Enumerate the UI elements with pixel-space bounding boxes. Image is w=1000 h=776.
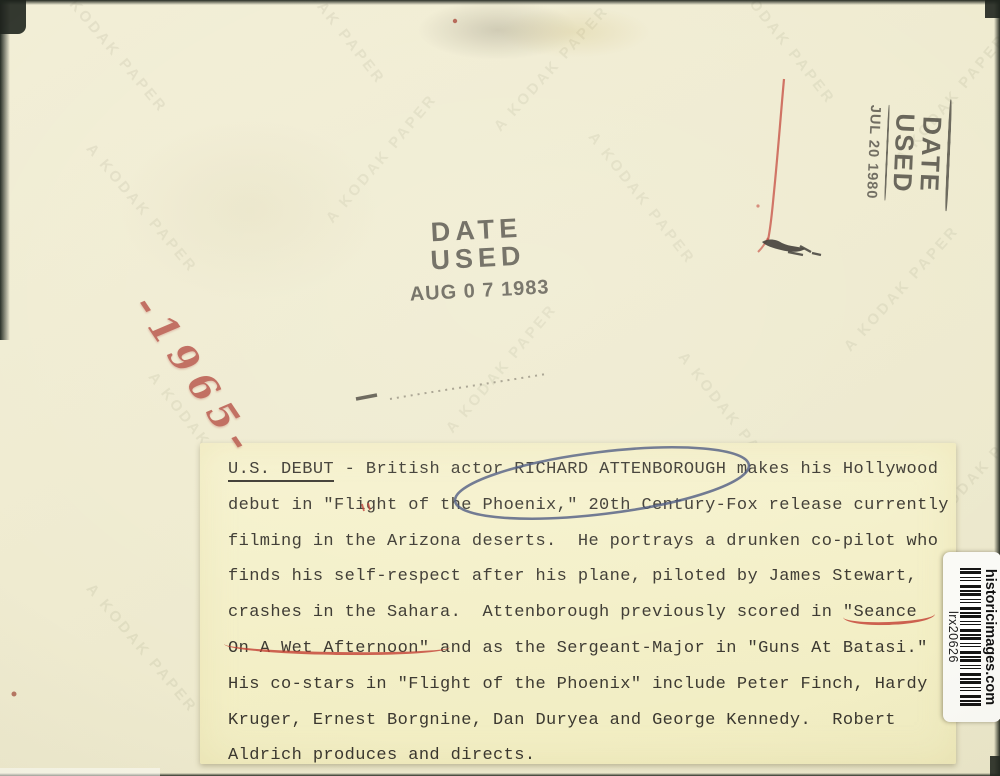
kodak-watermark: A KODAK PAPER xyxy=(491,2,613,135)
caption-line-rest: - British actor RICHARD ATTENBOROUGH mak… xyxy=(334,460,938,479)
scan-corner-bottom-right xyxy=(990,756,1000,776)
smudge-dash-line xyxy=(390,374,546,399)
kodak-watermark: A KODAK PAPER xyxy=(323,91,441,227)
barcode-site-text: historicimages.com xyxy=(982,558,998,716)
red-speck-line xyxy=(756,204,759,207)
smudge-dark-tick xyxy=(356,395,377,399)
ink-blot xyxy=(762,239,805,251)
kodak-watermark: A KODAK PAPER xyxy=(585,129,699,268)
caption-line: Kruger, Ernest Borgnine, Dan Duryea and … xyxy=(228,703,956,739)
caption-line: Aldrich produces and directs. xyxy=(228,738,956,774)
yellow-stain xyxy=(500,6,650,58)
barcode-bars xyxy=(961,568,982,706)
caption-line: finds his self-respect after his plane, … xyxy=(228,559,956,595)
caption-line: His co-stars in "Flight of the Phoenix" … xyxy=(228,667,956,703)
ink-blot-strokes xyxy=(788,246,821,255)
kodak-watermark: A KODAK PAPER xyxy=(275,0,389,88)
scan-edge-left xyxy=(0,0,10,340)
scan-corner-top-right xyxy=(985,0,1000,18)
scan-edge-bottom-light xyxy=(0,768,160,776)
photo-back-scan: A KODAK PAPER A KODAK PAPER A KODAK PAPE… xyxy=(0,0,1000,776)
red-speck-top xyxy=(453,19,457,23)
handwritten-year-note: -1965- xyxy=(126,286,267,466)
barcode-code-text: lrx20626 xyxy=(946,558,960,716)
caption-label: U.S. DEBUT - British actor RICHARD ATTEN… xyxy=(200,443,956,764)
scan-corner-top-left xyxy=(0,0,26,34)
kodak-watermark: A KODAK PAPER xyxy=(83,581,201,717)
stamp-word-date: DATE xyxy=(914,93,946,216)
red-crease-line xyxy=(768,79,784,240)
barcode-sticker: historicimages.com lrx20626 xyxy=(943,552,1000,722)
stamp-word-used: USED xyxy=(887,92,919,215)
red-speck-bottom-left xyxy=(12,692,17,697)
stamp-date-value: JUL 20 1980 xyxy=(861,91,884,214)
caption-line: debut in "Flight of the Phoenix," 20th C… xyxy=(228,488,956,524)
kodak-watermark: A KODAK PAPER xyxy=(53,0,171,116)
gray-smudge-stain xyxy=(418,0,578,60)
red-crease-tail xyxy=(758,238,768,252)
scan-edge-top xyxy=(0,0,1000,5)
kodak-watermark: A KODAK PAPER xyxy=(725,0,839,108)
caption-heading: U.S. DEBUT xyxy=(228,460,334,482)
date-used-stamp-1980: DATE USED JUL 20 1980 xyxy=(835,90,952,217)
stamp-date-value: AUG 0 7 1983 xyxy=(404,275,555,307)
kodak-watermark: A KODAK PAPER xyxy=(841,222,963,355)
caption-line: U.S. DEBUT - British actor RICHARD ATTEN… xyxy=(228,452,956,488)
kodak-watermark: A KODAK PAPER xyxy=(443,301,561,437)
paper-mottling xyxy=(120,120,380,300)
date-used-stamp-1983: DATE USED AUG 0 7 1983 xyxy=(401,212,555,307)
kodak-watermark: A KODAK PAPER xyxy=(83,141,201,277)
caption-line: filming in the Arizona deserts. He portr… xyxy=(228,524,956,560)
